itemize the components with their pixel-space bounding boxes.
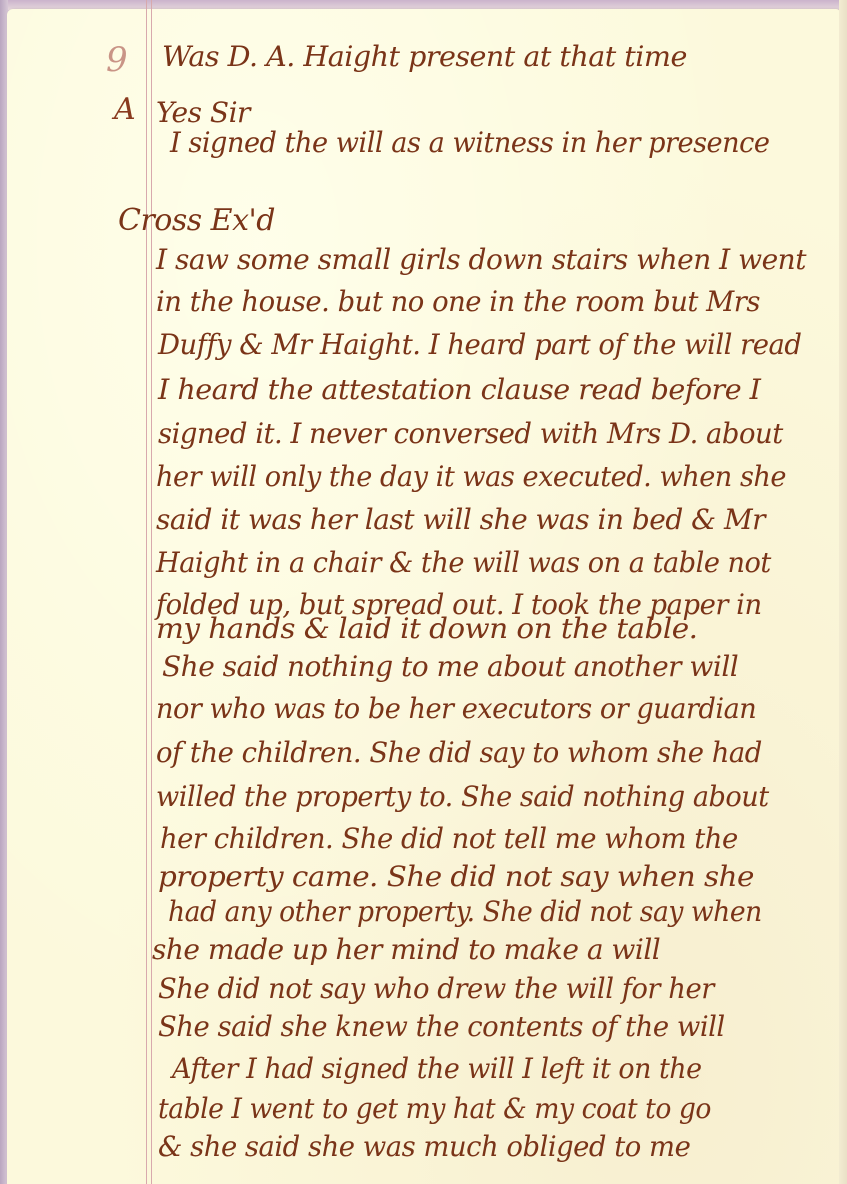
page-right-edge (839, 0, 847, 1184)
page-number: 9 (106, 40, 128, 80)
text-line: Haight in a chair & the will was on a ta… (156, 546, 771, 579)
text-line: She did not say who drew the will for he… (158, 972, 714, 1005)
text-line: she made up her mind to make a will (152, 933, 660, 966)
text-line: Yes Sir (156, 96, 250, 129)
margin-line (151, 0, 152, 1184)
text-line: signed it. I never conversed with Mrs D.… (158, 417, 783, 450)
text-line: her will only the day it was executed. w… (156, 460, 786, 493)
text-line: Duffy & Mr Haight. I heard part of the w… (158, 328, 801, 361)
text-line: She said she knew the contents of the wi… (158, 1010, 725, 1043)
answer-marker: A (114, 92, 136, 127)
text-line: said it was her last will she was in bed… (156, 503, 765, 536)
text-line: my hands & laid it down on the table. (156, 612, 697, 645)
text-line: I heard the attestation clause read befo… (158, 373, 760, 406)
text-line: & she said she was much obliged to me (158, 1130, 690, 1163)
text-line: of the children. She did say to whom she… (156, 736, 762, 769)
text-line: After I had signed the will I left it on… (172, 1052, 702, 1085)
text-line: table I went to get my hat & my coat to … (158, 1092, 711, 1125)
margin-line (146, 0, 147, 1184)
section-heading-cross-examination: Cross Ex'd (118, 203, 275, 238)
text-line: had any other property. She did not say … (168, 895, 762, 928)
text-line: in the house. but no one in the room but… (156, 285, 760, 318)
text-line: She said nothing to me about another wil… (162, 650, 738, 683)
text-line: property came. She did not say when she (158, 860, 754, 893)
text-line: I signed the will as a witness in her pr… (170, 126, 769, 159)
text-line: nor who was to be her executors or guard… (156, 692, 756, 725)
text-line: Was D. A. Haight present at that time (162, 40, 687, 73)
text-line: willed the property to. She said nothing… (156, 780, 769, 813)
text-line: her children. She did not tell me whom t… (160, 822, 738, 855)
text-line: I saw some small girls down stairs when … (156, 243, 806, 276)
